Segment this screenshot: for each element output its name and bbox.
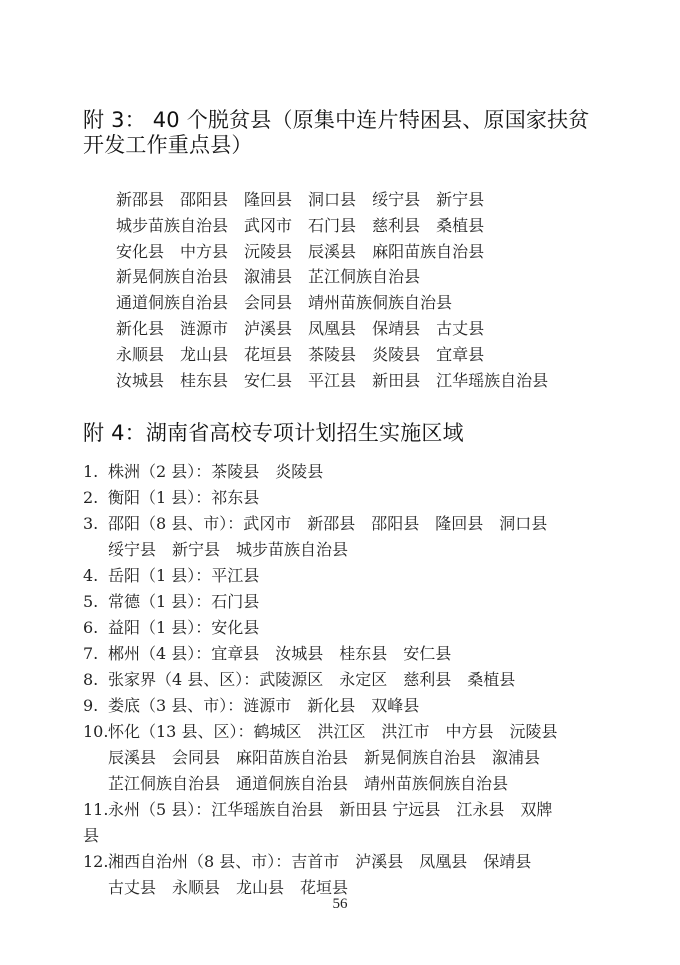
county-row: 新邵县邵阳县隆回县洞口县绥宁县新宁县 [116, 187, 564, 213]
county-name: 洞口县 [308, 190, 356, 209]
county-row: 新晃侗族自治县溆浦县芷江侗族自治县 [116, 264, 564, 290]
poverty-county-list: 新邵县邵阳县隆回县洞口县绥宁县新宁县 城步苗族自治县武冈市石门县慈利县桑植县 安… [116, 187, 564, 393]
county-name: 通道侗族自治县 [116, 293, 228, 312]
item-text: 常德（1 县）：石门县 [108, 589, 603, 615]
county-name: 芷江侗族自治县 [308, 267, 420, 286]
region-item: 6. 益阳（1 县）：安化县 [83, 615, 603, 641]
item-number: 10. [83, 719, 108, 745]
county-row: 城步苗族自治县武冈市石门县慈利县桑植县 [116, 213, 564, 239]
county-name: 邵阳县 [180, 190, 228, 209]
region-item: 1. 株洲（2 县）：茶陵县 炎陵县 [83, 459, 603, 485]
county-name: 宜章县 [436, 345, 484, 364]
region-item: 11. 永州（5 县）：江华瑶族自治县 新田县 宁远县 江永县 双牌 县 [83, 797, 603, 849]
item-number: 8. [83, 667, 98, 693]
county-name: 溆浦县 [244, 267, 292, 286]
county-name: 茶陵县 [308, 345, 356, 364]
item-number: 3. [83, 511, 98, 537]
item-text: 株洲（2 县）：茶陵县 炎陵县 [108, 459, 603, 485]
document-page: 附 3： 40 个脱贫县（原集中连片特困县、原国家扶贫 开发工作重点县） 新邵县… [0, 0, 680, 965]
county-row: 安化县中方县沅陵县辰溪县麻阳苗族自治县 [116, 239, 564, 265]
county-name: 新晃侗族自治县 [116, 267, 228, 286]
item-text: 娄底（3 县、市）：涟源市 新化县 双峰县 [108, 693, 603, 719]
appendix-4-heading: 附 4：湖南省高校专项计划招生实施区域 [83, 421, 603, 446]
item-number: 5. [83, 589, 98, 615]
region-item: 5. 常德（1 县）：石门县 [83, 589, 603, 615]
item-text: 邵阳（8 县、市）：武冈市 新邵县 邵阳县 隆回县 洞口县 [108, 511, 603, 537]
county-name: 炎陵县 [372, 345, 420, 364]
item-number: 6. [83, 615, 98, 641]
item-text: 岳阳（1 县）：平江县 [108, 563, 603, 589]
item-text-continued: 芷江侗族自治县 通道侗族自治县 靖州苗族侗族自治县 [108, 771, 603, 797]
item-text-continued: 辰溪县 会同县 麻阳苗族自治县 新晃侗族自治县 溆浦县 [108, 745, 603, 771]
county-name: 涟源市 [180, 319, 228, 338]
item-text-continued: 绥宁县 新宁县 城步苗族自治县 [108, 537, 603, 563]
item-number: 7. [83, 641, 98, 667]
county-name: 保靖县 [372, 319, 420, 338]
county-name: 新田县 [372, 371, 420, 390]
county-name: 安仁县 [244, 371, 292, 390]
county-name: 沅陵县 [244, 242, 292, 261]
county-name: 花垣县 [244, 345, 292, 364]
county-name: 靖州苗族侗族自治县 [308, 293, 452, 312]
item-text: 张家界（4 县、区）：武陵源区 永定区 慈利县 桑植县 [108, 667, 603, 693]
county-name: 桑植县 [436, 216, 484, 235]
county-name: 凤凰县 [308, 319, 356, 338]
item-text: 衡阳（1 县）：祁东县 [108, 485, 603, 511]
item-number: 2. [83, 485, 98, 511]
county-name: 隆回县 [244, 190, 292, 209]
region-item: 9. 娄底（3 县、市）：涟源市 新化县 双峰县 [83, 693, 603, 719]
county-name: 绥宁县 [372, 190, 420, 209]
item-text: 永州（5 县）：江华瑶族自治县 新田县 宁远县 江永县 双牌 [108, 797, 603, 823]
county-name: 新宁县 [436, 190, 484, 209]
county-row: 通道侗族自治县会同县靖州苗族侗族自治县 [116, 290, 564, 316]
item-number: 11. [83, 797, 108, 823]
county-name: 平江县 [308, 371, 356, 390]
item-text: 怀化（13 县、区）：鹤城区 洪江区 洪江市 中方县 沅陵县 [108, 719, 603, 745]
county-name: 泸溪县 [244, 319, 292, 338]
region-item: 4. 岳阳（1 县）：平江县 [83, 563, 603, 589]
county-name: 武冈市 [244, 216, 292, 235]
appendix-3-heading-line-2: 开发工作重点县） [83, 133, 603, 158]
item-text: 湘西自治州（8 县、市）：吉首市 泸溪县 凤凰县 保靖县 [108, 849, 603, 875]
county-name: 安化县 [116, 242, 164, 261]
county-name: 慈利县 [372, 216, 420, 235]
county-row: 汝城县桂东县安仁县平江县新田县江华瑶族自治县 [116, 368, 564, 394]
county-name: 汝城县 [116, 371, 164, 390]
item-number: 9. [83, 693, 98, 719]
item-number: 1. [83, 459, 98, 485]
county-name: 会同县 [244, 293, 292, 312]
region-item: 3. 邵阳（8 县、市）：武冈市 新邵县 邵阳县 隆回县 洞口县 绥宁县 新宁县… [83, 511, 603, 563]
county-name: 麻阳苗族自治县 [372, 242, 484, 261]
item-text-overflow: 县 [83, 823, 603, 849]
county-name: 龙山县 [180, 345, 228, 364]
region-item: 10. 怀化（13 县、区）：鹤城区 洪江区 洪江市 中方县 沅陵县 辰溪县 会… [83, 719, 603, 797]
county-name: 江华瑶族自治县 [436, 371, 548, 390]
appendix-3-heading-line-1: 附 3： 40 个脱贫县（原集中连片特困县、原国家扶贫 [83, 108, 603, 133]
appendix-3-heading: 附 3： 40 个脱贫县（原集中连片特困县、原国家扶贫 开发工作重点县） [83, 108, 603, 158]
county-row: 新化县涟源市泸溪县凤凰县保靖县古丈县 [116, 316, 564, 342]
page-number: 56 [0, 896, 680, 913]
item-number: 4. [83, 563, 98, 589]
region-item: 12. 湘西自治州（8 县、市）：吉首市 泸溪县 凤凰县 保靖县 古丈县 永顺县… [83, 849, 603, 901]
county-row: 永顺县龙山县花垣县茶陵县炎陵县宜章县 [116, 342, 564, 368]
region-item: 2. 衡阳（1 县）：祁东县 [83, 485, 603, 511]
county-name: 石门县 [308, 216, 356, 235]
item-text: 益阳（1 县）：安化县 [108, 615, 603, 641]
county-name: 古丈县 [436, 319, 484, 338]
county-name: 城步苗族自治县 [116, 216, 228, 235]
county-name: 新化县 [116, 319, 164, 338]
county-name: 中方县 [180, 242, 228, 261]
county-name: 永顺县 [116, 345, 164, 364]
county-name: 辰溪县 [308, 242, 356, 261]
region-item: 7. 郴州（4 县）：宜章县 汝城县 桂东县 安仁县 [83, 641, 603, 667]
county-name: 新邵县 [116, 190, 164, 209]
item-number: 12. [83, 849, 108, 875]
county-name: 桂东县 [180, 371, 228, 390]
item-text: 郴州（4 县）：宜章县 汝城县 桂东县 安仁县 [108, 641, 603, 667]
region-item: 8. 张家界（4 县、区）：武陵源区 永定区 慈利县 桑植县 [83, 667, 603, 693]
appendix-4-heading-text: 附 4：湖南省高校专项计划招生实施区域 [83, 421, 603, 446]
region-list: 1. 株洲（2 县）：茶陵县 炎陵县 2. 衡阳（1 县）：祁东县 3. 邵阳（… [83, 459, 603, 901]
